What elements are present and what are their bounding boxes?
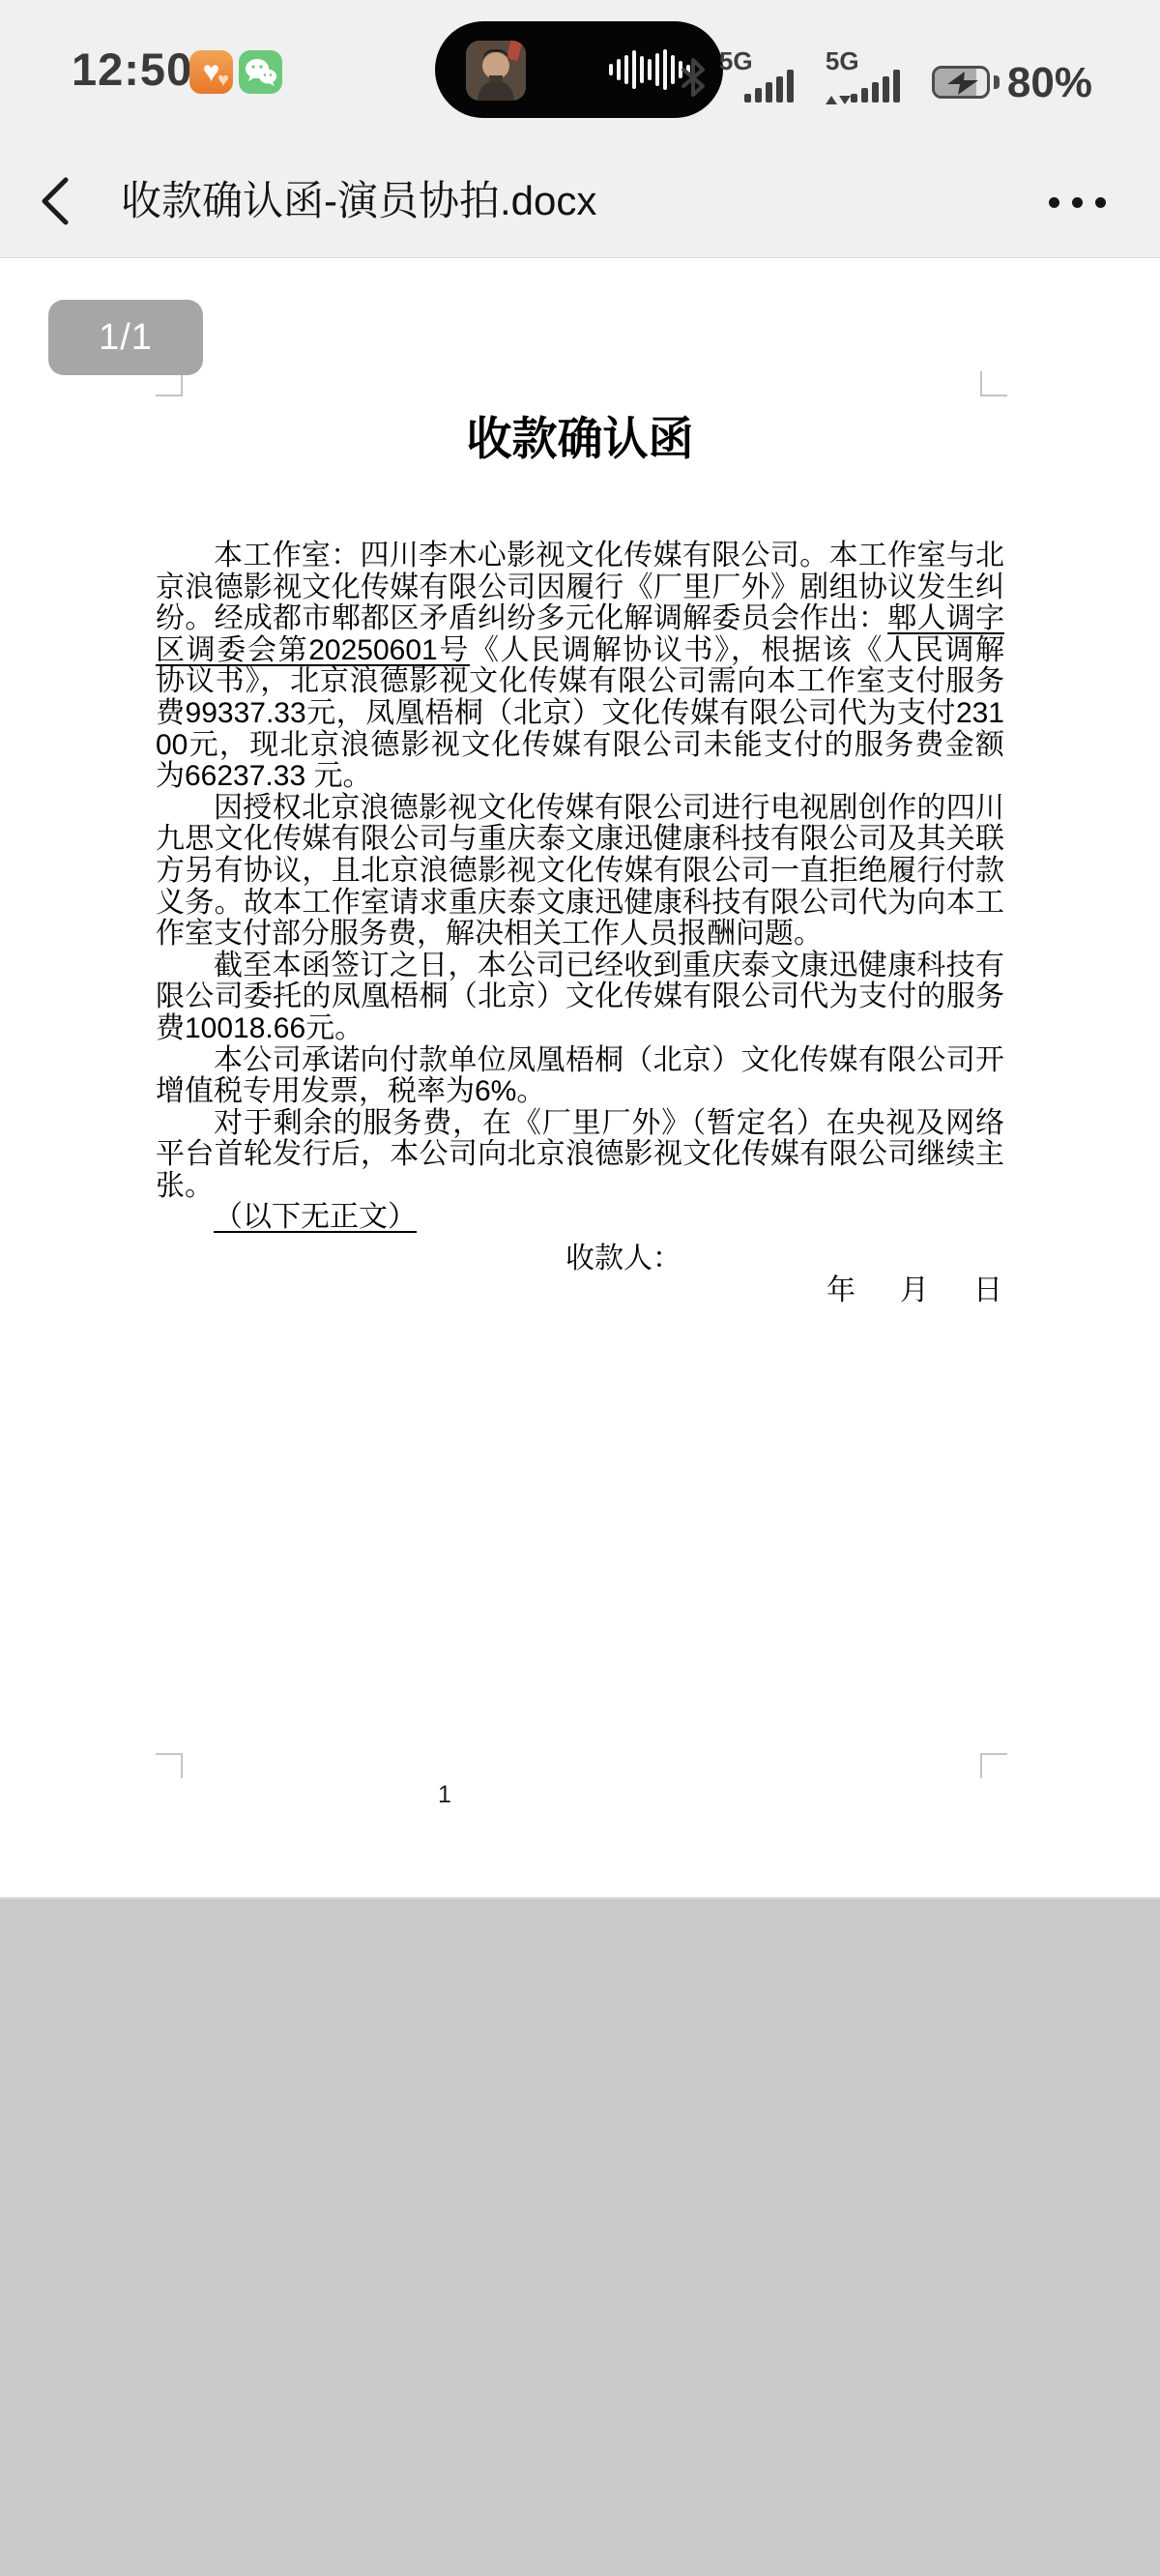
document-title: 收款确认函 [0,403,1160,468]
text-segment: 对于剩余的服务费，在《厂里厂外》（暂定名）在央视及网络 [214,1107,1004,1139]
battery-percent: 80% [1007,60,1092,106]
text-segment: 《人民调解协议书》，根据该《人民调解 [470,634,1004,666]
document-line: 本公司承诺向付款单位凤凰梧桐（北京）文化传媒有限公司开 [156,1045,1004,1077]
back-button[interactable] [37,172,85,230]
page-end-background [0,1897,1160,2576]
text-segment: 为66237.33 元。 [156,760,371,792]
bluetooth-icon [681,58,706,97]
text-segment: 纷。经成都市郫都区矛盾纠纷多元化解调解委员会作出： [156,602,887,634]
text-segment: 本公司承诺向付款单位凤凰梧桐（北京）文化传媒有限公司开 [214,1044,1004,1076]
document-page[interactable]: 1/1 收款确认函 本工作室：四川李木心影视文化传媒有限公司。本工作室与北京浪德… [0,258,1160,1897]
text-segment: 平台首轮发行后，本公司向北京浪德影视文化传媒有限公司继续主 [156,1138,1004,1170]
text-segment: 截至本函签订之日，本公司已经收到重庆泰文康迅健康科技有 [214,950,1004,981]
document-line: 为66237.33 元。 [156,761,1004,793]
phone-screen: 12:50 ♥ ♥ [0,0,1160,2576]
text-segment: 张。 [156,1170,214,1202]
document-line: 九思文化传媒有限公司与重庆泰文康迅健康科技有限公司及其关联 [156,824,1004,856]
text-segment: 九思文化传媒有限公司与重庆泰文康迅健康科技有限公司及其关联 [156,823,1004,855]
document-line: 费99337.33元，凤凰梧桐（北京）文化传媒有限公司代为支付231 [156,698,1004,730]
margin-crop-mark-bottom-left [156,1753,183,1778]
document-line: 费10018.66元。 [156,1013,1004,1045]
document-line: 平台首轮发行后，本公司向北京浪德影视文化传媒有限公司继续主 [156,1139,1004,1171]
data-activity-arrows-icon [826,96,851,104]
date-day-label: 日 [973,1266,1002,1308]
dot-icon [1095,197,1106,208]
underlined-text: 郫人调字 [887,602,1004,634]
audio-waveform-icon [609,21,690,118]
wechat-icon [239,50,282,94]
document-line: 方另有协议，且北京浪德影视文化传媒有限公司一直拒绝履行付款 [156,856,1004,888]
text-segment: 协议书》，北京浪德影视文化传媒有限公司需向本工作室支付服务 [156,665,1004,697]
text-segment: 本工作室：四川李木心影视文化传媒有限公司。本工作室与北 [214,540,1004,571]
heart-glyph-small: ♥ [217,71,229,90]
text-segment: 方另有协议，且北京浪德影视文化传媒有限公司一直拒绝履行付款 [156,855,1004,887]
text-segment: 限公司委托的凤凰梧桐（北京）文化传媒有限公司代为支付的服务 [156,981,1004,1012]
date-line: 年 月 日 [826,1266,1002,1308]
text-segment: 增值税专用发票，税率为6%。 [156,1075,545,1107]
signal-bars-sim2 [851,70,900,102]
document-line: 作室支付部分服务费，解决相关工作人员报酬问题。 [156,919,1004,951]
text-segment: 费99337.33元，凤凰梧桐（北京）文化传媒有限公司代为支付231 [156,697,1004,729]
signal-bars-sim1 [744,70,794,102]
page-indicator-badge: 1/1 [48,300,203,375]
nav-bar: 收款确认函-演员协拍.docx [0,145,1160,258]
text-segment: 因授权北京浪德影视文化传媒有限公司进行电视剧创作的四川 [214,792,1004,824]
document-line: 增值税专用发票，税率为6%。 [156,1076,1004,1108]
heart-app-icon: ♥ ♥ [189,50,233,94]
text-segment: 义务。故本工作室请求重庆泰文康迅健康科技有限公司代为向本工 [156,887,1004,919]
document-line: 京浪德影视文化传媒有限公司因履行《厂里厂外》剧组协议发生纠 [156,572,1004,604]
document-line: 本工作室：四川李木心影视文化传媒有限公司。本工作室与北 [156,541,1004,572]
payee-signature-label: 收款人： [565,1234,681,1276]
margin-crop-mark-top-right [980,371,1007,396]
document-line: 张。 [156,1171,1004,1203]
battery-icon [932,66,990,99]
underlined-text: 区调委会第20250601号 [156,634,470,666]
status-bar: 12:50 ♥ ♥ [0,0,1160,145]
document-line: 00元，现北京浪德影视文化传媒有限公司未能支付的服务费金额 [156,730,1004,762]
document-line: 因授权北京浪德影视文化传媒有限公司进行电视剧创作的四川 [156,793,1004,825]
document-line: 义务。故本工作室请求重庆泰文康迅健康科技有限公司代为向本工 [156,888,1004,920]
dot-icon [1072,197,1083,208]
charging-bolt-icon [942,72,984,95]
status-icons: 5G 5G 80% [681,39,1092,106]
margin-crop-mark-bottom-right [980,1753,1007,1778]
date-year-label: 年 [826,1266,855,1308]
text-segment: 作室支付部分服务费，解决相关工作人员报酬问题。 [156,918,823,950]
dot-icon [1049,197,1059,208]
more-options-button[interactable] [1049,188,1106,217]
wechat-bubbles-icon [245,58,277,87]
text-segment: 费10018.66元。 [156,1012,363,1044]
document-filename: 收款确认函-演员协拍.docx [121,172,971,230]
document-line: 限公司委托的凤凰梧桐（北京）文化传媒有限公司代为支付的服务 [156,981,1004,1013]
text-segment: 京浪德影视文化传媒有限公司因履行《厂里厂外》剧组协议发生纠 [156,571,1004,603]
chevron-left-icon [37,176,72,226]
document-line: 截至本函签订之日，本公司已经收到重庆泰文康迅健康科技有 [156,951,1004,982]
document-line: 对于剩余的服务费，在《厂里厂外》（暂定名）在央视及网络 [156,1108,1004,1140]
underlined-text: （以下无正文） [214,1201,417,1233]
document-line: （以下无正文） [156,1202,1004,1234]
document-line: 区调委会第20250601号《人民调解协议书》，根据该《人民调解 [156,635,1004,667]
document-line: 协议书》，北京浪德影视文化传媒有限公司需向本工作室支付服务 [156,666,1004,698]
date-month-label: 月 [900,1266,929,1308]
clock: 12:50 [72,43,192,96]
caller-avatar [466,41,526,101]
document-line: 纷。经成都市郫都区矛盾纠纷多元化解调解委员会作出：郫人调字 [156,603,1004,635]
signal-sim1: 5G [719,46,814,106]
document-body: 本工作室：四川李木心影视文化传媒有限公司。本工作室与北京浪德影视文化传媒有限公司… [156,541,1004,1234]
page-number: 1 [423,1781,466,1809]
battery-cap [994,75,1000,89]
text-segment: 00元，现北京浪德影视文化传媒有限公司未能支付的服务费金额 [156,729,1004,761]
signal-sim2: 5G [826,46,920,106]
